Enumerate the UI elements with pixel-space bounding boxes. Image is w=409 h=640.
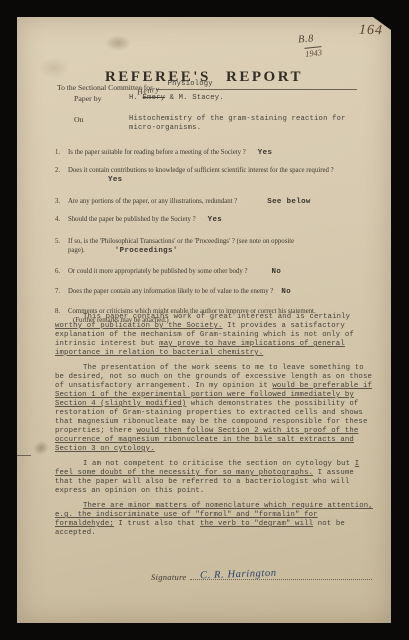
question-number: 3.: [55, 198, 68, 207]
typed-answer: Yes: [108, 176, 123, 184]
authors-typed-value: Henry H. Emery & M. Stacey.: [129, 94, 224, 103]
paper-title-typed-value: Histochemistry of the gram-staining reac…: [129, 115, 364, 132]
committee-line: To the Sectional Committee for Physiolog…: [57, 81, 357, 92]
question-text: Does it contain contributions to knowled…: [68, 167, 357, 185]
question-number: 6.: [55, 268, 68, 277]
comment-paragraph: This paper contains work of great intere…: [55, 313, 373, 358]
question-text: Is the paper suitable for reading before…: [68, 149, 357, 158]
scanned-page-background: { "annotations": { "corner_number": "164…: [0, 0, 409, 640]
referee-comments: This paper contains work of great intere…: [55, 313, 373, 544]
signature-label: Signature: [151, 572, 186, 582]
comment-paragraph: There are minor matters of nomenclature …: [55, 502, 373, 538]
question-text: Does the paper contain any information l…: [68, 288, 357, 297]
question-row: 3.Are any portions of the paper, or any …: [55, 198, 357, 207]
handwritten-ref-code: B.8: [298, 33, 315, 45]
question-text: Or could it more appropriately be publis…: [68, 268, 357, 277]
handwritten-folio-number: 164: [359, 23, 384, 40]
paper-by-line: Paper by Henry H. Emery & M. Stacey.: [74, 94, 224, 103]
comment-paragraph: The presentation of the work seems to me…: [55, 364, 373, 454]
question-number: 1.: [55, 149, 68, 158]
typed-answer: No: [272, 268, 282, 276]
question-row: 1.Is the paper suitable for reading befo…: [55, 149, 357, 158]
handwritten-year: 1943: [305, 47, 323, 59]
referee-report-page: 164 B.8 1943 REFEREE'S REPORT To the Sec…: [17, 17, 391, 623]
question-text: Should the paper be published by the Soc…: [68, 216, 357, 225]
question-row: 5.If so, is the 'Philosophical Transacti…: [55, 238, 357, 256]
question-row: 4.Should the paper be published by the S…: [55, 216, 357, 225]
typed-answer: No: [281, 288, 291, 296]
question-row: 2.Does it contain contributions to knowl…: [55, 167, 357, 185]
author-suffix: & M. Stacey.: [165, 94, 224, 102]
question-row: 6.Or could it more appropriately be publ…: [55, 268, 357, 277]
typed-answer: See below: [267, 198, 311, 206]
typed-answer: Yes: [208, 216, 223, 224]
question-number: 4.: [55, 216, 68, 225]
handwritten-signature: C. R. Harington: [200, 568, 277, 582]
typed-answer: 'Proceedings': [115, 247, 178, 255]
signature-rule: C. R. Harington: [190, 570, 372, 580]
on-line: On Histochemistry of the gram-staining r…: [74, 115, 364, 132]
question-row: 7.Does the paper contain any information…: [55, 288, 357, 297]
margin-pencil-scribble: [31, 438, 52, 458]
committee-rule: Physiology: [156, 81, 357, 90]
paper-by-label: Paper by: [74, 94, 129, 103]
comment-paragraph: I am not competent to criticise the sect…: [55, 460, 373, 496]
question-number: 2.: [55, 167, 68, 185]
question-number: 7.: [55, 288, 68, 297]
question-number: 5.: [55, 238, 68, 256]
committee-typed-value: Physiology: [168, 80, 213, 88]
margin-pencil-mark: [17, 455, 31, 457]
paper-stain: [105, 35, 131, 51]
question-text: If so, is the 'Philosophical Transaction…: [68, 238, 357, 256]
signature-line: Signature C. R. Harington: [151, 570, 372, 582]
typed-answer: Yes: [258, 149, 273, 157]
question-text: Are any portions of the paper, or any il…: [68, 198, 357, 207]
questions-list: 1.Is the paper suitable for reading befo…: [55, 149, 357, 335]
on-label: On: [74, 115, 129, 132]
